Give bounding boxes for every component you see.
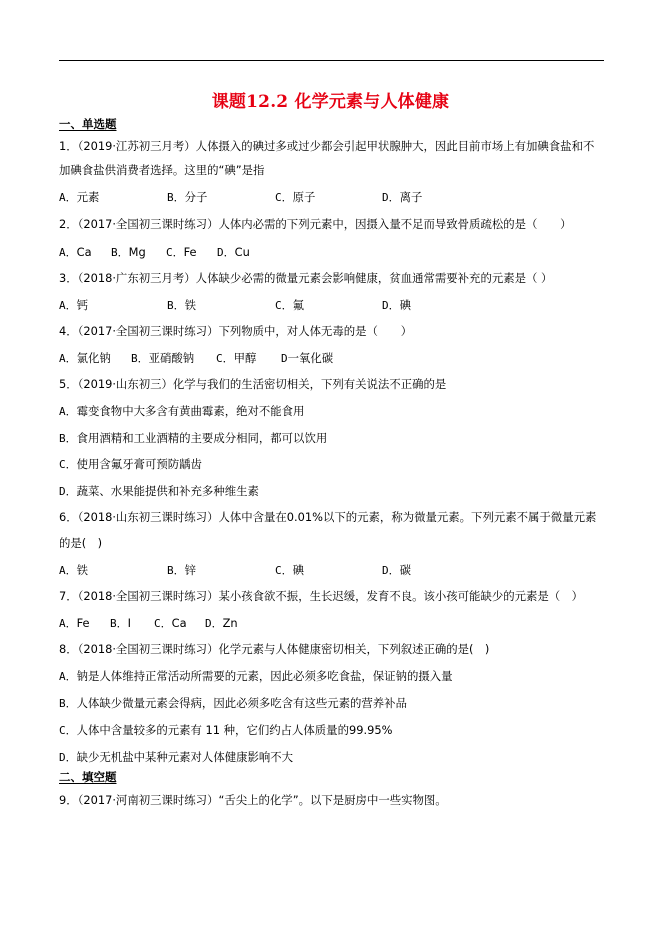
option-b: B．锌 xyxy=(167,563,196,578)
question-8-option-c: C．人体中含量较多的元素有 11 种，它们约占人体质量的99.95% xyxy=(59,723,392,738)
option-a: A．钙 xyxy=(59,298,88,313)
option-a: A．Fe xyxy=(59,616,90,631)
option-b: B．I xyxy=(110,616,131,631)
question-5-line-1: 5．（2019·山东初三）化学与我们的生活密切相关，下列有关说法不正确的是 xyxy=(59,377,446,391)
question-8-line-1: 8．（2018·全国初三课时练习）化学元素与人体健康密切相关，下列叙述正确的是(… xyxy=(59,642,489,656)
question-1-line-1: 1．（2019·江苏初三月考）人体摄入的碘过多或过少都会引起甲状腺肿大，因此目前… xyxy=(59,139,594,153)
question-5-option-c: C．使用含氟牙膏可预防龋齿 xyxy=(59,457,202,472)
option-c: C．碘 xyxy=(275,563,304,578)
question-5-option-a: A．霉变食物中大多含有黄曲霉素，绝对不能食用 xyxy=(59,404,304,419)
option-c: C．氟 xyxy=(275,298,304,313)
question-2-line-1: 2．（2017·全国初三课时练习）人体内必需的下列元素中，因摄入量不足而导致骨质… xyxy=(59,217,572,231)
question-7-line-1: 7．（2018·全国初三课时练习）某小孩食欲不振，生长迟缓，发育不良。该小孩可能… xyxy=(59,589,583,603)
option-a: A．Ca xyxy=(59,245,92,260)
option-b: B．分子 xyxy=(167,190,207,205)
question-5-option-d: D．蔬菜、水果能提供和补充多种维生素 xyxy=(59,484,259,499)
option-d: D．Cu xyxy=(217,245,250,260)
option-a: A．氯化钠 xyxy=(59,351,111,366)
option-c: C．甲醇 xyxy=(216,351,256,366)
question-8-option-b: B．人体缺少微量元素会得病，因此必须多吃含有这些元素的营养补品 xyxy=(59,696,407,711)
option-a: A．元素 xyxy=(59,190,99,205)
option-c: C．原子 xyxy=(275,190,315,205)
section-heading-fill-blank: 二、填空题 xyxy=(59,769,117,785)
option-b: B．Mg xyxy=(111,245,146,260)
option-b: B．亚硝酸钠 xyxy=(131,351,194,366)
question-6-line-1: 6．（2018·山东初三课时练习）人体中含量在0.01%以下的元素，称为微量元素… xyxy=(59,510,596,524)
question-8-option-a: A．钠是人体维持正常活动所需要的元素，因此必须多吃食盐，保证钠的摄入量 xyxy=(59,669,453,684)
option-a: A．铁 xyxy=(59,563,88,578)
question-9-line-1: 9．（2017·河南初三课时练习）“舌尖上的化学”。以下是厨房中一些实物图。 xyxy=(59,793,447,807)
header-rule xyxy=(59,60,604,61)
question-1-line-2: 加碘食盐供消费者选择。这里的“碘”是指 xyxy=(59,163,264,177)
option-d: D．Zn xyxy=(205,616,238,631)
question-3-line-1: 3．（2018·广东初三月考）人体缺少必需的微量元素会影响健康，贫血通常需要补充… xyxy=(59,271,552,285)
question-5-option-b: B．食用酒精和工业酒精的主要成分相同，都可以饮用 xyxy=(59,431,327,446)
option-b: B．铁 xyxy=(167,298,196,313)
option-c: C．Ca xyxy=(154,616,187,631)
document-title: 课题12.2 化学元素与人体健康 xyxy=(0,87,661,112)
option-d: D．碳 xyxy=(382,563,411,578)
option-d: D．碘 xyxy=(382,298,411,313)
option-d: D．离子 xyxy=(382,190,422,205)
question-8-option-d: D．缺少无机盐中某种元素对人体健康影响不大 xyxy=(59,750,293,765)
question-6-line-2: 的是( ) xyxy=(59,536,102,550)
option-d: D一氧化碳 xyxy=(281,351,333,366)
question-4-line-1: 4．（2017·全国初三课时练习）下列物质中，对人体无毒的是（ ） xyxy=(59,324,412,338)
option-c: C．Fe xyxy=(166,245,197,260)
section-heading-single-choice: 一、单选题 xyxy=(59,116,117,132)
